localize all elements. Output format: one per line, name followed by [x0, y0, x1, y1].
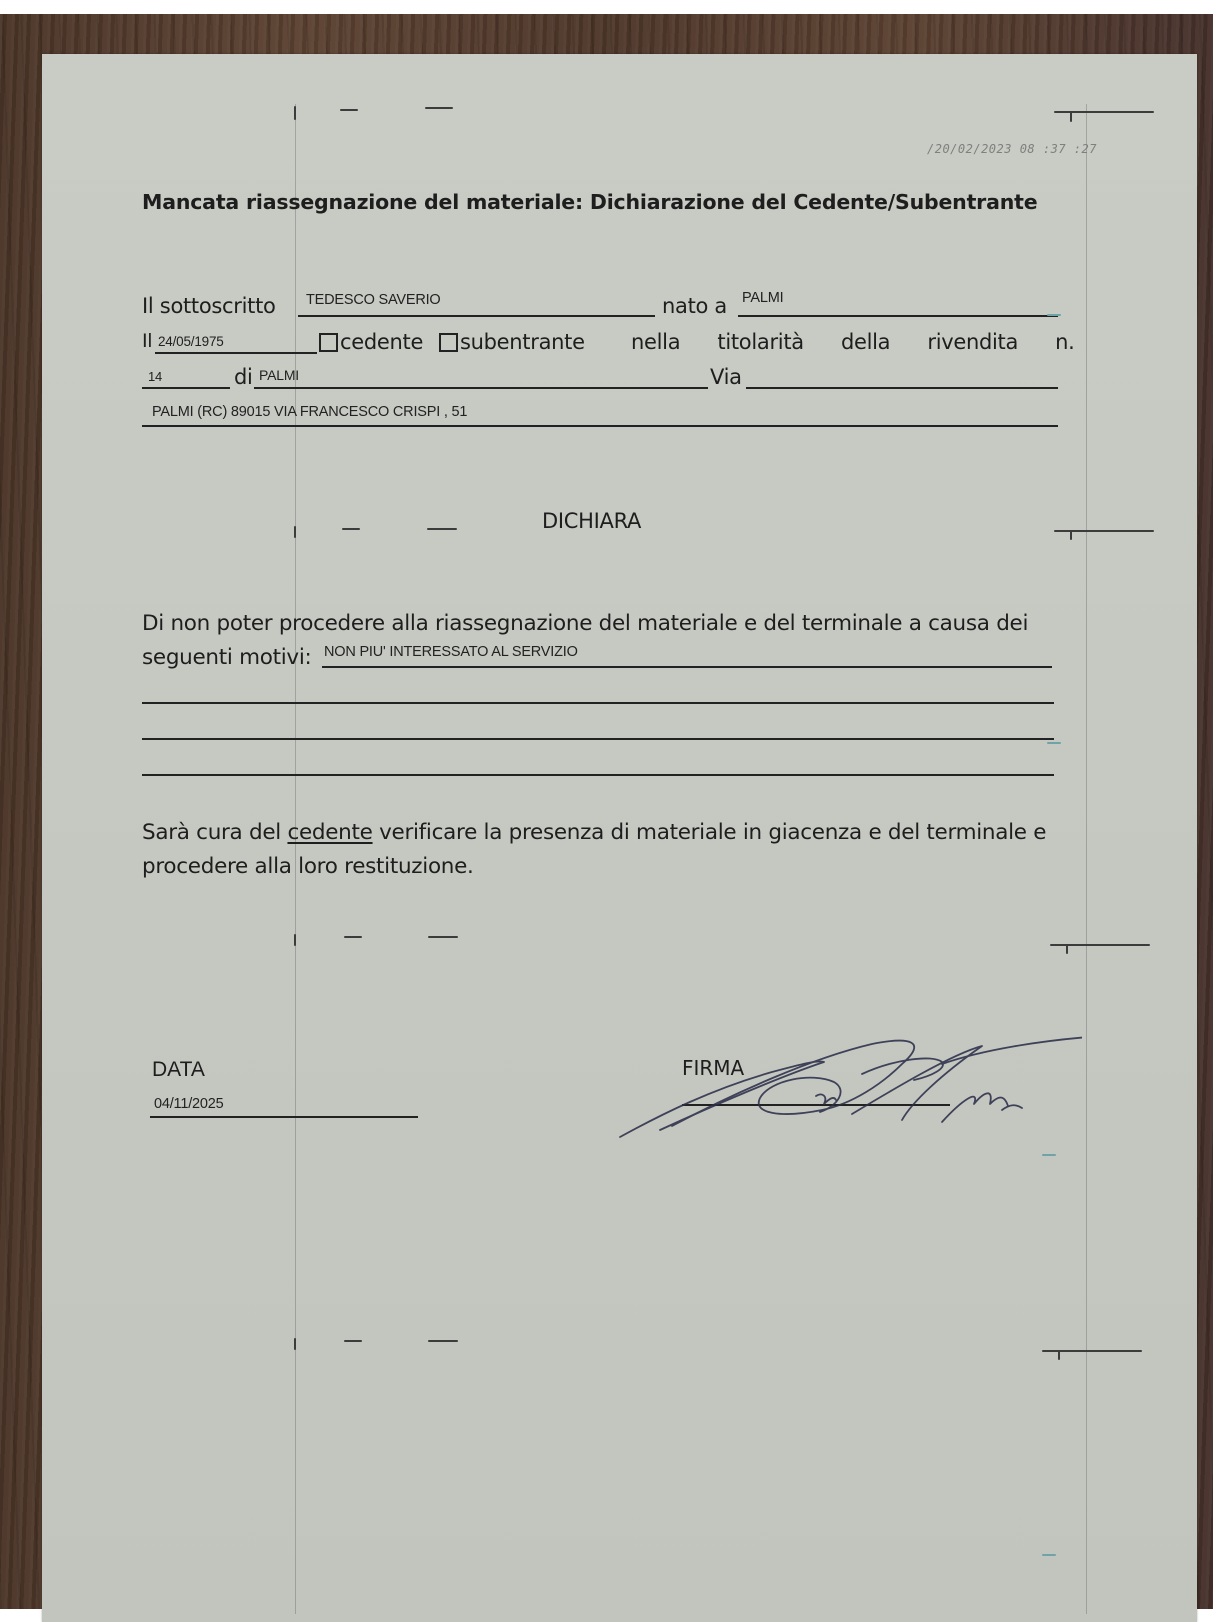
- label-undersigned: Il sottoscritto: [142, 294, 276, 318]
- address-underline: [142, 425, 1058, 427]
- print-timestamp: /20/02/2023 08 :37 :27: [927, 142, 1097, 156]
- cedente-label: cedente: [340, 330, 423, 354]
- birthplace-field[interactable]: PALMI: [742, 290, 783, 306]
- document-title: Mancata riassegnazione del materiale: Di…: [142, 190, 1037, 214]
- cedente-checkbox[interactable]: [319, 333, 338, 352]
- label-of: di: [234, 365, 253, 389]
- edge-mark: [1042, 1554, 1056, 1556]
- subentrante-checkbox[interactable]: [439, 333, 458, 352]
- date-label: DATA: [152, 1058, 205, 1082]
- statement-line: Di non poter procedere alla riassegnazio…: [142, 611, 1028, 636]
- note-text-end: verificare la presenza di materiale in g…: [373, 820, 1047, 845]
- edge-mark: [1047, 742, 1061, 744]
- birthplace-underline: [738, 315, 1058, 317]
- reason-field[interactable]: NON PIU' INTERESSATO AL SERVIZIO: [324, 644, 578, 660]
- edge-mark: [1042, 1154, 1056, 1156]
- declares-heading: DICHIARA: [542, 509, 641, 533]
- street-underline: [746, 387, 1058, 389]
- note-emphasis-cedente: cedente: [287, 820, 372, 845]
- fold-guide-line: [1086, 104, 1087, 1614]
- document-sheet: /20/02/2023 08 :37 :27 Mancata riassegna…: [42, 54, 1197, 1622]
- note-line-1: Sarà cura del cedente verificare la pres…: [142, 820, 1046, 845]
- extra-reason-line-1[interactable]: [142, 702, 1054, 704]
- reason-underline: [322, 666, 1052, 668]
- label-ownership: nella titolarità della rivendita n.: [631, 330, 1075, 354]
- declarant-name-field[interactable]: TEDESCO SAVERIO: [306, 292, 441, 308]
- subentrante-label: subentrante: [460, 330, 585, 354]
- shop-number-underline: [142, 387, 230, 389]
- label-born-at: nato a: [662, 294, 727, 318]
- shop-number-field[interactable]: 14: [148, 369, 162, 384]
- shop-city-field[interactable]: PALMI: [259, 367, 299, 383]
- address-line-field[interactable]: PALMI (RC) 89015 VIA FRANCESCO CRISPI , …: [152, 404, 467, 420]
- label-street: Via: [710, 365, 742, 389]
- birth-date-field[interactable]: 24/05/1975: [158, 334, 224, 349]
- label-on-date: Il: [142, 330, 152, 352]
- extra-reason-line-2[interactable]: [142, 738, 1054, 740]
- name-underline: [298, 315, 655, 317]
- shop-city-underline: [254, 387, 708, 389]
- date-underline: [150, 1116, 418, 1118]
- handwritten-signature-icon: [602, 1034, 1082, 1144]
- edge-mark: [1047, 314, 1061, 316]
- birth-date-underline: [155, 352, 317, 354]
- date-field[interactable]: 04/11/2025: [154, 1096, 224, 1112]
- note-line-2: procedere alla loro restituzione.: [142, 854, 474, 879]
- extra-reason-line-3[interactable]: [142, 774, 1054, 776]
- label-reasons: seguenti motivi:: [142, 645, 311, 670]
- note-text-start: Sarà cura del: [142, 820, 287, 845]
